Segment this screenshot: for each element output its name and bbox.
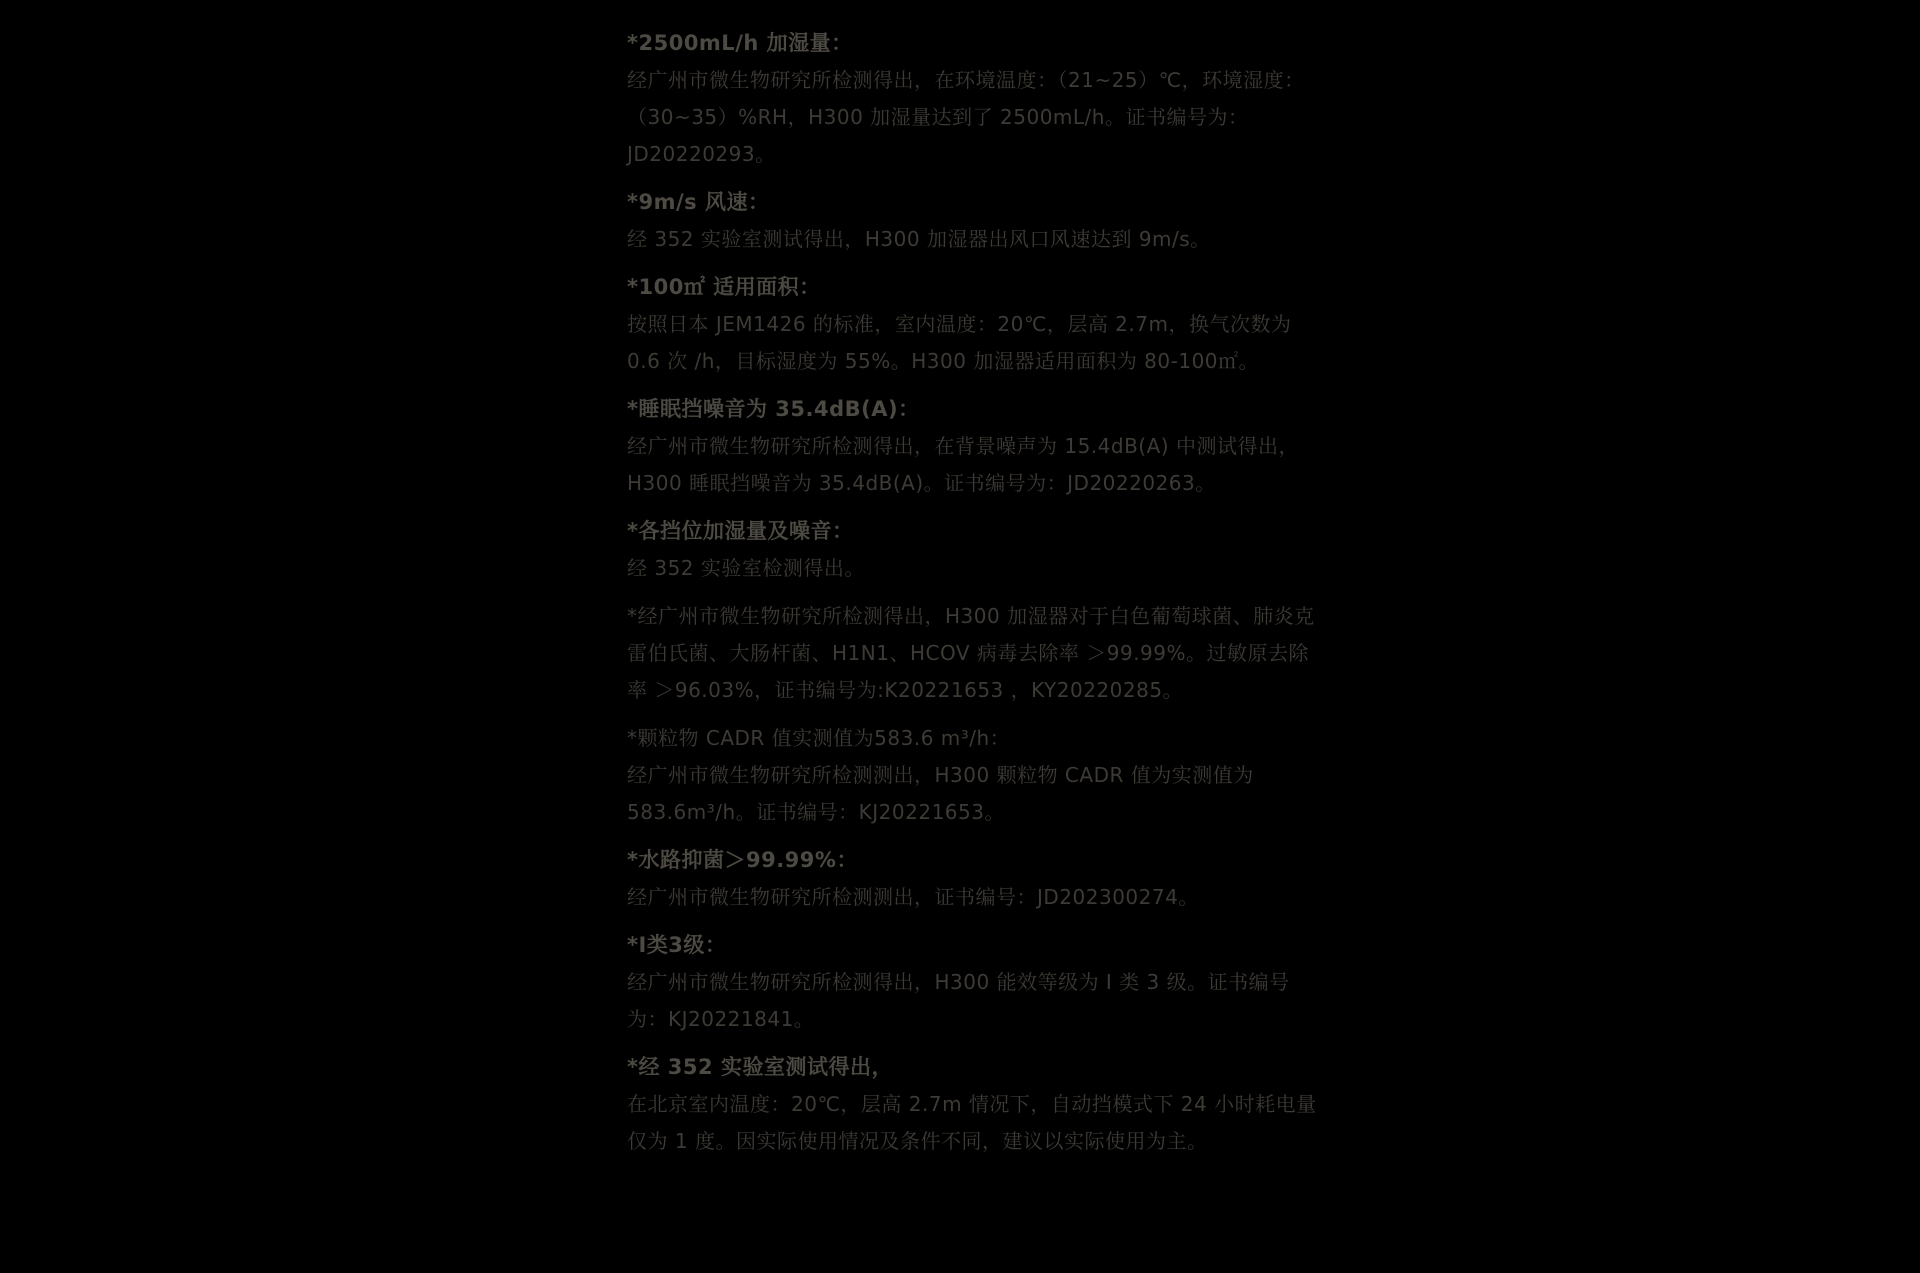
footnote-heading: *100㎡ 适用面积： bbox=[627, 269, 1327, 306]
footnote-body: 在北京室内温度：20℃，层高 2.7m 情况下，自动挡模式下 24 小时耗电量仅… bbox=[627, 1086, 1327, 1160]
footnote-body: 经广州市微生物研究所检测得出，H300 能效等级为 I 类 3 级。证书编号为：… bbox=[627, 964, 1327, 1038]
footnote-section: *水路抑菌＞99.99%： 经广州市微生物研究所检测测出，证书编号：JD2023… bbox=[627, 842, 1327, 916]
footnote-heading: *经 352 实验室测试得出， bbox=[627, 1049, 1327, 1086]
footnote-section: *9m/s 风速： 经 352 实验室测试得出，H300 加湿器出风口风速达到 … bbox=[627, 184, 1327, 258]
footnote-section: *2500mL/h 加湿量： 经广州市微生物研究所检测得出，在环境温度：（21~… bbox=[627, 25, 1327, 173]
footnote-body: 经广州市微生物研究所检测测出，H300 颗粒物 CADR 值为实测值为583.6… bbox=[627, 757, 1327, 831]
footnote-body: 经 352 实验室检测得出。 bbox=[627, 550, 1327, 587]
footnotes-column: *2500mL/h 加湿量： 经广州市微生物研究所检测得出，在环境温度：（21~… bbox=[627, 25, 1327, 1171]
footnote-heading: *2500mL/h 加湿量： bbox=[627, 25, 1327, 62]
footnote-section: *睡眠挡噪音为 35.4dB(A)： 经广州市微生物研究所检测得出，在背景噪声为… bbox=[627, 391, 1327, 502]
footnote-body: 经广州市微生物研究所检测得出，在背景噪声为 15.4dB(A) 中测试得出，H3… bbox=[627, 428, 1327, 502]
footnote-body: *经广州市微生物研究所检测得出，H300 加湿器对于白色葡萄球菌、肺炎克雷伯氏菌… bbox=[627, 598, 1327, 709]
footnote-body: 经 352 实验室测试得出，H300 加湿器出风口风速达到 9m/s。 bbox=[627, 221, 1327, 258]
footnote-section: *I类3级： 经广州市微生物研究所检测得出，H300 能效等级为 I 类 3 级… bbox=[627, 927, 1327, 1038]
footnote-section: *经 352 实验室测试得出， 在北京室内温度：20℃，层高 2.7m 情况下，… bbox=[627, 1049, 1327, 1160]
footnote-section: *经广州市微生物研究所检测得出，H300 加湿器对于白色葡萄球菌、肺炎克雷伯氏菌… bbox=[627, 598, 1327, 709]
footnote-heading: *水路抑菌＞99.99%： bbox=[627, 842, 1327, 879]
footnote-heading: *9m/s 风速： bbox=[627, 184, 1327, 221]
footnote-section: *100㎡ 适用面积： 按照日本 JEM1426 的标准，室内温度：20℃，层高… bbox=[627, 269, 1327, 380]
product-footnotes-page: *2500mL/h 加湿量： 经广州市微生物研究所检测得出，在环境温度：（21~… bbox=[0, 0, 1920, 1273]
footnote-heading: *睡眠挡噪音为 35.4dB(A)： bbox=[627, 391, 1327, 428]
footnote-section: *颗粒物 CADR 值实测值为583.6 m³/h： 经广州市微生物研究所检测测… bbox=[627, 720, 1327, 831]
footnote-heading: *颗粒物 CADR 值实测值为583.6 m³/h： bbox=[627, 720, 1327, 757]
footnote-heading: *各挡位加湿量及噪音： bbox=[627, 513, 1327, 550]
footnote-body: 按照日本 JEM1426 的标准，室内温度：20℃，层高 2.7m，换气次数为 … bbox=[627, 306, 1327, 380]
footnote-heading: *I类3级： bbox=[627, 927, 1327, 964]
footnote-section: *各挡位加湿量及噪音： 经 352 实验室检测得出。 bbox=[627, 513, 1327, 587]
footnote-body: 经广州市微生物研究所检测测出，证书编号：JD202300274。 bbox=[627, 879, 1327, 916]
footnote-body: 经广州市微生物研究所检测得出，在环境温度：（21~25）℃，环境湿度：（30~3… bbox=[627, 62, 1327, 173]
